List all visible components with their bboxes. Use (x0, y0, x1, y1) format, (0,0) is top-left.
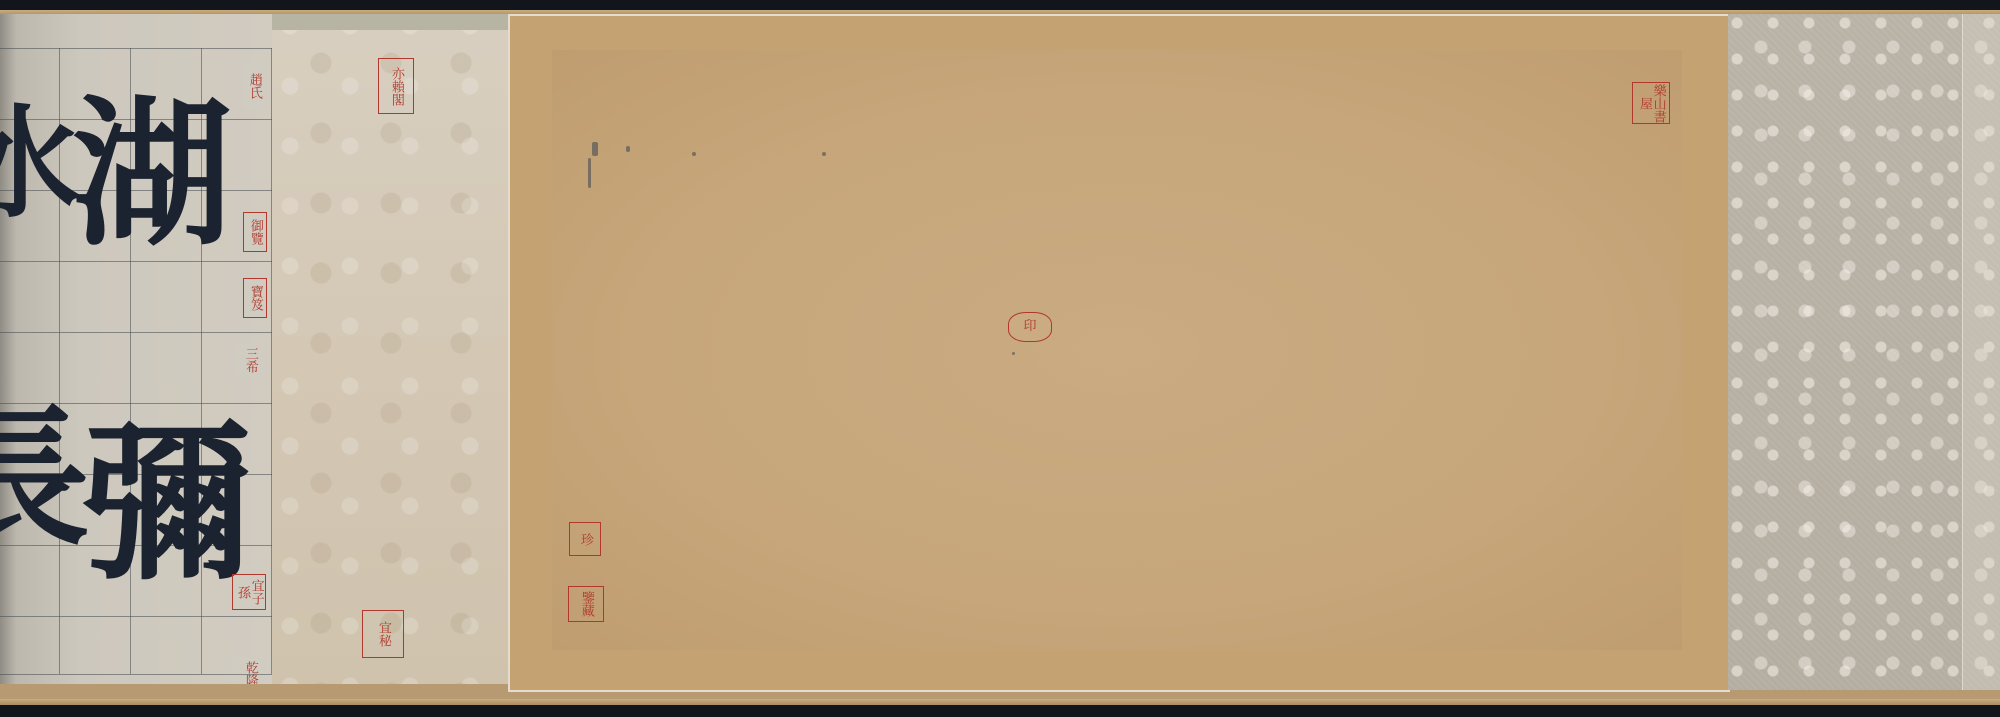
silk-separator (272, 14, 508, 684)
ink-spot (588, 158, 591, 188)
partial-character: 水 (0, 104, 80, 224)
seal: 鑒藏 (568, 586, 604, 622)
silk-top-band (272, 14, 508, 30)
scroll-bottom-edge (0, 699, 2000, 705)
paper-panel (552, 50, 1682, 650)
ink-spot (626, 146, 630, 152)
grid-line (0, 332, 272, 333)
seal: 御覽 (243, 212, 267, 252)
brocade-seam (1962, 14, 2000, 690)
seal: 乾隆 (224, 657, 272, 684)
grid-line (0, 48, 272, 49)
calligraphy-character: 湖 (72, 94, 232, 254)
brocade-mounting (1728, 14, 2000, 690)
ink-spot (822, 152, 826, 156)
ink-spot (1012, 352, 1015, 355)
partial-character: 長 (0, 404, 90, 554)
seal: 趙氏 (243, 64, 265, 108)
seal: 印 (1008, 312, 1052, 342)
seal: 樂山書屋 (1632, 82, 1670, 124)
grid-line (0, 616, 272, 617)
ink-spot (692, 152, 696, 156)
seal: 宜子孫 (232, 574, 266, 610)
seal: 珍 (569, 522, 601, 556)
seal: 寶笈 (243, 278, 267, 318)
calligraphy-panel: 水 長 湖 彌 趙氏 御覽 寶笈 三希 宜子孫 乾隆 (0, 14, 272, 684)
seal: 亦賴閣 (378, 58, 414, 114)
calligraphy-character: 彌 (82, 419, 252, 589)
ink-spot (592, 142, 598, 156)
seal: 宜秘 (362, 610, 404, 658)
seal: 三希 (235, 344, 265, 376)
